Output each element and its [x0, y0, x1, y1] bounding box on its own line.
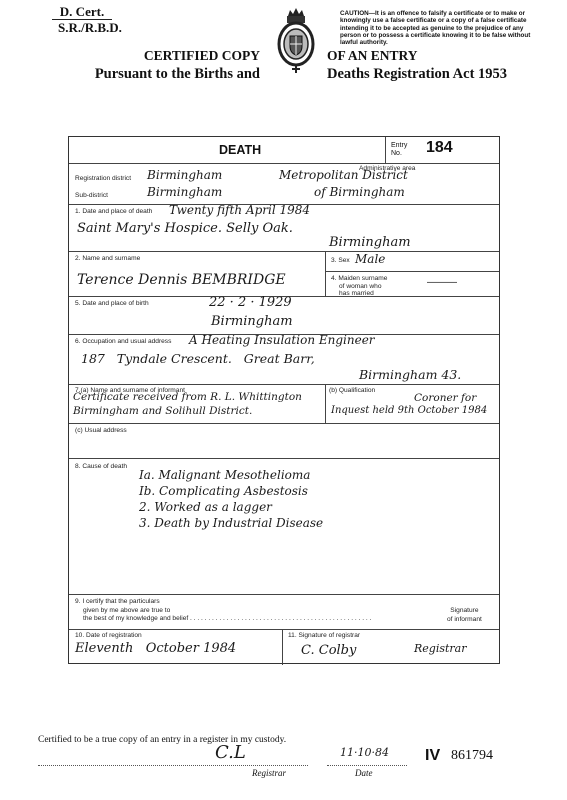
name-surname-value: Terence Dennis BEMBRIDGE [77, 272, 286, 288]
form-code: D. Cert. S.R./R.B.D. [35, 4, 125, 35]
registrar-signature: C. Colby [301, 643, 356, 658]
occupation-value: A Heating Insulation Engineer [189, 333, 375, 347]
title-act: Deaths Registration Act 1953 [327, 66, 507, 83]
registrar-title: Registrar [414, 642, 467, 655]
entry-number: 184 [426, 139, 453, 157]
signature-label-1: Signature [447, 607, 482, 616]
sub-district-value: Birmingham [147, 185, 222, 199]
form-code-line1: D. Cert. [52, 4, 112, 20]
sub-district-label: Sub-district [75, 192, 108, 200]
maiden-surname-value: ——— [427, 277, 457, 288]
certified-true-copy-text: Certified to be a true copy of an entry … [38, 735, 286, 745]
place-of-death-value: Saint Mary's Hospice. Selly Oak. [77, 221, 293, 236]
maiden-surname-label-2: of woman who [331, 283, 387, 291]
date-of-birth-value: 22 · 2 · 1929 [209, 295, 292, 310]
cause-line: Ia. Malignant Mesothelioma [139, 467, 323, 483]
serial-number: 861794 [451, 748, 493, 764]
divider [69, 423, 499, 424]
date-of-death-value: Twenty fifth April 1984 [169, 203, 310, 217]
registration-district-value: Birmingham [147, 168, 222, 182]
certify-line-2: given by me above are true to [75, 607, 371, 616]
maiden-surname-label: 4. Maiden surname of woman who has marri… [331, 275, 387, 298]
signature-of-registrar-label: 11. Signature of registrar [288, 632, 360, 640]
divider [69, 384, 499, 385]
divider [69, 458, 499, 459]
informant-name-value-2: Birmingham and Solihull District. [73, 405, 252, 417]
divider [69, 163, 499, 164]
title-pursuant: Pursuant to the Births and [85, 66, 260, 83]
usual-address-label: (c) Usual address [75, 427, 127, 435]
qualification-value-2: Inquest held 9th October 1984 [331, 405, 487, 416]
form-code-line2: S.R./R.B.D. [35, 20, 125, 35]
registration-district-label: Registration district [75, 175, 131, 183]
divider [325, 251, 326, 296]
registrar-signature-line [38, 765, 308, 766]
crest-icon [276, 8, 316, 74]
serial-prefix: IV [425, 747, 440, 765]
maiden-surname-label-3: has married [331, 290, 387, 298]
sex-label: 3. Sex [331, 257, 350, 265]
caution-notice: CAUTION—It is an offence to falsify a ce… [340, 10, 540, 46]
cause-line: 3. Death by Industrial Disease [139, 515, 323, 531]
qualification-label: (b) Qualification [329, 387, 375, 395]
entry-label: Entry No. [391, 142, 407, 157]
address-value-1: 187 Tyndale Crescent. Great Barr, [81, 351, 315, 366]
administrative-area-value-2: of Birmingham [314, 185, 405, 199]
cause-line: 2. Worked as a lagger [139, 499, 323, 515]
qualification-value-1: Coroner for [414, 392, 476, 404]
divider [385, 137, 386, 163]
certify-line-3: the best of my knowledge and belief . . … [75, 615, 371, 624]
cause-of-death-list: Ia. Malignant Mesothelioma Ib. Complicat… [139, 467, 323, 531]
signature-label-2: of informant [447, 616, 482, 625]
divider [325, 384, 326, 423]
place-of-death-city: Birmingham [329, 235, 411, 250]
date-label: Date [355, 768, 373, 778]
registrar-footer-signature: C.L [215, 742, 246, 763]
date-of-registration-label: 10. Date of registration [75, 632, 142, 640]
informant-name-value-1: Certificate received from R. L. Whitting… [73, 391, 302, 403]
cause-of-death-label: 8. Cause of death [75, 463, 127, 471]
date-of-registration-value: Eleventh October 1984 [75, 641, 236, 656]
title-of-an-entry: OF AN ENTRY [327, 48, 418, 64]
name-surname-label: 2. Name and surname [75, 255, 140, 263]
signature-of-informant-label: Signature of informant [447, 607, 482, 624]
date-place-birth-label: 5. Date and place of birth [75, 300, 149, 308]
form-title: DEATH [219, 143, 261, 157]
divider [325, 271, 499, 272]
maiden-surname-label-1: 4. Maiden surname [331, 275, 387, 283]
registrar-label: Registrar [252, 768, 286, 778]
administrative-area-value-1: Metropolitan District [279, 168, 408, 182]
divider [69, 251, 499, 252]
sex-value: Male [355, 252, 385, 266]
title-certified-copy: CERTIFIED COPY [100, 48, 260, 64]
divider [282, 629, 283, 665]
death-entry-form: DEATH Entry No. 184 Registration distric… [68, 136, 500, 664]
cause-line: Ib. Complicating Asbestosis [139, 483, 323, 499]
divider [69, 629, 499, 630]
entry-label-line1: Entry [391, 142, 407, 150]
divider [69, 594, 499, 595]
occupation-address-label: 6. Occupation and usual address [75, 338, 171, 346]
address-value-2: Birmingham 43. [359, 367, 461, 382]
certification-statement: 9. I certify that the particulars given … [75, 598, 371, 624]
certify-line-1: 9. I certify that the particulars [75, 598, 371, 607]
entry-label-line2: No. [391, 150, 407, 158]
place-of-birth-value: Birmingham [211, 314, 293, 329]
certification-date-value: 11·10·84 [340, 746, 389, 759]
date-place-death-label: 1. Date and place of death [75, 208, 152, 216]
date-line [327, 765, 407, 766]
